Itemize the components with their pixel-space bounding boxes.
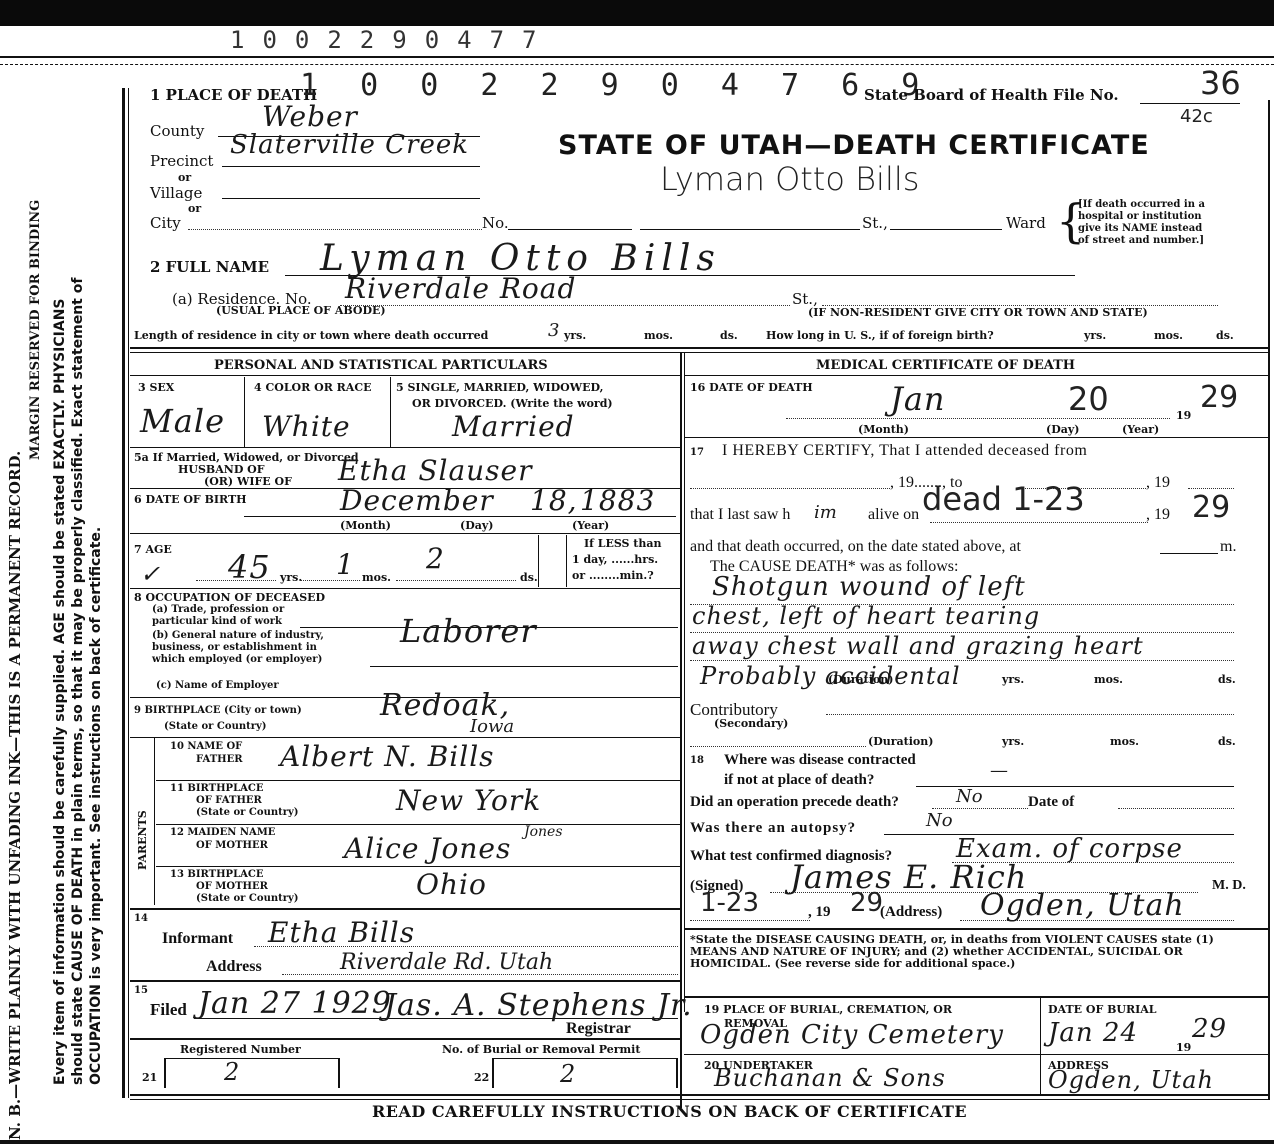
length-mos-label: mos. [644, 330, 673, 341]
disease-value: — [990, 760, 1008, 781]
less-than-label-3: or ........min.? [572, 570, 654, 581]
county-label: County [150, 122, 204, 140]
certificate-title: STATE OF UTAH—DEATH CERTIFICATE [558, 130, 1150, 161]
disease-q1: Where was disease contracted [724, 752, 916, 769]
informant-value: Etha Bills [268, 916, 415, 949]
registered-number-num: 21 [142, 1072, 157, 1083]
alive-on-label: alive on [868, 506, 919, 524]
burial-permit-value: 2 [560, 1060, 576, 1088]
length-yrs-value: 3 [548, 320, 559, 341]
dod-month-caption: (Month) [858, 424, 909, 435]
dob-label: 6 DATE OF BIRTH [134, 494, 247, 505]
length-yrs-label: yrs. [564, 330, 586, 341]
occ-b-label-3: which employed (or employer) [152, 655, 322, 665]
rule-15 [130, 980, 680, 982]
burial-year-prefix: 19 [1176, 1042, 1191, 1053]
residence-line [340, 305, 790, 306]
disease-num: 18 [690, 756, 704, 766]
us-mos-label: mos. [1154, 330, 1183, 341]
mother-bp-label-1: 13 BIRTHPLACE [170, 870, 263, 880]
city-label: City [150, 214, 181, 232]
typed-name-annotation: Lyman Otto Bills [660, 160, 919, 198]
or-label-2: or [188, 203, 201, 214]
disease-q2: if not at place of death? [724, 772, 874, 789]
no-line [508, 229, 632, 230]
race-divider [390, 377, 391, 447]
scan-top-band [0, 0, 1274, 26]
scan-bottom-edge [0, 1140, 1274, 1144]
hospital-note-line: give its NAME instead [1078, 224, 1205, 234]
burial-place-label-1: 19 PLACE OF BURIAL, CREMATION, OR [704, 1004, 952, 1015]
residence-value: Riverdale Road [345, 272, 576, 305]
burial-place-value: Ogden City Cemetery [700, 1020, 1004, 1050]
occurred-time-line [1160, 553, 1218, 554]
bottom-rule [130, 1094, 1268, 1096]
registered-number-value: 2 [224, 1058, 240, 1086]
county-value: Weber [262, 100, 358, 133]
us-yrs-label: yrs. [1084, 330, 1106, 341]
less-than-divider [538, 535, 539, 587]
rule-13 [156, 866, 680, 867]
length-ds-label: ds. [720, 330, 738, 341]
cause-rule-3 [690, 660, 1234, 661]
burial-date-value: Jan 24 [1048, 1018, 1138, 1048]
top-rule-dashed [0, 64, 1274, 65]
dob-month-caption: (Month) [340, 520, 391, 531]
personal-section-title: PERSONAL AND STATISTICAL PARTICULARS [214, 358, 548, 373]
no-label: No. [482, 214, 509, 232]
less-than-divider-2 [566, 535, 567, 587]
mother-name-value: Alice Jones [344, 832, 511, 865]
dob-month: December [340, 484, 494, 517]
precinct-label: Precinct [150, 152, 213, 170]
rule-17 [684, 437, 1268, 438]
cause-duration-label: (Duration) [828, 674, 893, 685]
father-bp-label-1: 11 BIRTHPLACE [170, 784, 263, 794]
margin-line3: should state CAUSE OF DEATH in plain ter… [70, 278, 86, 1085]
footer-instructions: READ CAREFULLY INSTRUCTIONS ON BACK OF C… [372, 1102, 967, 1121]
operation-date-line [1118, 808, 1234, 809]
dod-label: 16 DATE OF DEATH [690, 382, 813, 393]
secondary-duration-label: (Duration) [868, 736, 933, 747]
autopsy-value: No [926, 810, 953, 831]
last-saw-year-prefix: , 19 [1146, 506, 1170, 524]
cause-duration-ds: ds. [1218, 674, 1236, 685]
occupation-value: Laborer [400, 612, 537, 650]
last-saw-pronoun: im [814, 502, 837, 523]
burial-divider [1040, 998, 1041, 1094]
dod-month: Jan [890, 380, 946, 418]
less-than-label-1: If LESS than [584, 538, 662, 549]
spouse-label-1: 5a If Married, Widowed, or Divorced [134, 452, 359, 463]
dod-year-caption: (Year) [1122, 424, 1159, 435]
cause-duration-yrs: yrs. [1002, 674, 1024, 685]
operation-value: No [956, 786, 983, 807]
dob-line [244, 516, 676, 517]
contributory-line [826, 714, 1234, 715]
footnote-text: *State the DISEASE CAUSING DEATH, or, in… [690, 934, 1234, 970]
age-ds-label: ds. [520, 572, 538, 583]
race-label: 4 COLOR OR RACE [254, 382, 371, 393]
signed-year-prefix: , 19 [808, 904, 831, 921]
mother-bp-label-2: OF MOTHER [196, 882, 268, 892]
parents-side-label: PARENTS [136, 810, 149, 870]
spouse-label-3: (OR) WIFE OF [204, 476, 292, 487]
informant-address-value: Riverdale Rd. Utah [340, 950, 553, 975]
dob-year-caption: (Year) [572, 520, 609, 531]
filed-label: Filed [150, 1000, 187, 1020]
street-line [640, 229, 860, 230]
filed-num: 15 [134, 986, 148, 996]
occ-b-label-2: business, or establishment in [152, 643, 317, 653]
precinct-value: Slaterville Creek [230, 130, 469, 160]
undertaker-value: Buchanan & Sons [714, 1064, 946, 1092]
operation-line [932, 808, 1028, 809]
age-yrs-line [196, 580, 276, 581]
file-no-label: State Board of Health File No. [864, 86, 1119, 104]
age-mos-line [300, 580, 360, 581]
sex-label: 3 SEX [138, 382, 174, 393]
certify-text: I HEREBY CERTIFY, That I attended deceas… [722, 442, 1087, 460]
mother-name-label-2: OF MOTHER [196, 841, 268, 851]
ward-label: Ward [1006, 214, 1046, 232]
to-year-text: , 19 [1146, 474, 1170, 492]
file-no-line [1140, 103, 1240, 104]
or-label-1: or [178, 172, 191, 183]
father-name-label-1: 10 NAME OF [170, 742, 242, 752]
file-no-annotation: 42c [1180, 106, 1213, 127]
secondary-duration-ds: ds. [1218, 736, 1236, 747]
marital-value: Married [452, 410, 575, 443]
city-line [188, 229, 482, 230]
full-name-label: 2 FULL NAME [150, 258, 269, 276]
spouse-label-2: HUSBAND OF [178, 464, 265, 475]
age-yrs-label: yrs. [280, 572, 302, 583]
age-ds-value: 2 [426, 542, 445, 575]
last-saw-label: that I last saw h [690, 506, 790, 524]
from-date-line [690, 488, 890, 489]
hospital-note-line: [If death occurred in a [1078, 200, 1205, 210]
marital-label-2: OR DIVORCED. (Write the word) [412, 398, 613, 409]
registrar-signature: Jas. A. Stephens Jr. [384, 988, 693, 1023]
margin-line2: Every item of information should be care… [52, 299, 68, 1086]
margin-line4: OCCUPATION is very important. See instru… [88, 527, 104, 1085]
dob-day-caption: (Day) [460, 520, 493, 531]
secondary-label: (Secondary) [714, 718, 788, 729]
physician-address-value: Ogden, Utah [980, 888, 1185, 923]
father-bp-value: New York [396, 784, 541, 817]
last-saw-year: 29 [1192, 490, 1230, 525]
form-left-border [122, 88, 125, 1098]
ward-line [890, 229, 1002, 230]
dob-day: 18, [530, 484, 578, 517]
age-mos-value: 1 [336, 548, 355, 581]
rule-19 [684, 996, 1268, 998]
personal-title-rule [130, 375, 680, 376]
stamp-serial-number: 1 0 0 2 2 9 0 4 7 6 9 [300, 68, 931, 103]
medical-title-rule [684, 375, 1268, 376]
rule-10 [130, 737, 680, 738]
section-rule-top [130, 347, 1268, 349]
occ-a-label-2: particular kind of work [152, 617, 282, 627]
st-label: St., [862, 214, 888, 232]
cause-line-3: away chest wall and grazing heart [692, 632, 1144, 660]
birthplace-state-value: Iowa [470, 716, 514, 737]
secondary-line [690, 746, 866, 747]
father-name-label-2: FATHER [196, 755, 243, 765]
burial-date-label: DATE OF BURIAL [1048, 1004, 1157, 1015]
burial-permit-box [492, 1058, 678, 1088]
rule-14 [130, 908, 680, 910]
registered-number-box [164, 1058, 340, 1088]
burial-year-value: 29 [1192, 1014, 1227, 1044]
us-length-label: How long in U. S., if of foreign birth? [766, 330, 994, 341]
rule-8 [130, 588, 680, 589]
undertaker-address-value: Ogden, Utah [1048, 1066, 1214, 1094]
medical-section-title: MEDICAL CERTIFICATE OF DEATH [816, 358, 1075, 373]
informant-label: Informant [162, 930, 233, 948]
cause-line-1: Shotgun wound of left [712, 572, 1026, 602]
file-no-value: 36 [1200, 64, 1241, 102]
dod-day: 20 [1068, 380, 1109, 418]
signed-date: 1-23 [700, 888, 759, 918]
top-serial-number: 1002290477 [230, 26, 555, 54]
cause-duration-mos: mos. [1094, 674, 1123, 685]
autopsy-q: Was there an autopsy? [690, 820, 856, 837]
rule-7 [130, 533, 680, 534]
birthplace-sub-label: (State or Country) [164, 722, 267, 732]
operation-q: Did an operation precede death? [690, 794, 899, 811]
secondary-duration-mos: mos. [1110, 736, 1139, 747]
rule-5a [130, 447, 680, 448]
parents-divider [154, 737, 155, 905]
rule-12 [156, 824, 680, 825]
occ-b-line [370, 666, 678, 667]
dod-line [786, 418, 1170, 419]
margin-binding-text: MARGIN RESERVED FOR BINDING [28, 200, 43, 460]
top-rule [0, 56, 1274, 58]
operation-date-label: Date of [1028, 794, 1074, 811]
age-ds-line [396, 580, 516, 581]
dod-year-prefix: 19 [1176, 410, 1191, 421]
dod-day-caption: (Day) [1046, 424, 1079, 435]
mother-bp-label-3: (State or Country) [196, 894, 299, 904]
marital-label-1: 5 SINGLE, MARRIED, WIDOWED, [396, 382, 603, 393]
column-divider-inner [684, 352, 685, 1012]
occupation-title: 8 OCCUPATION OF DECEASED [134, 592, 325, 603]
spouse-value: Etha Slauser [338, 454, 533, 487]
age-label: 7 AGE [134, 544, 172, 555]
informant-num: 14 [134, 914, 148, 924]
margin-nb-text: N. B.—WRITE PLAINLY WITH UNFADING INK—TH… [6, 451, 24, 1140]
father-bp-label-2: OF FATHER [196, 796, 262, 806]
section-rule-top-2 [130, 352, 1268, 353]
signed-year: 29 [850, 888, 883, 918]
signed-date-line [690, 920, 810, 921]
precinct-line [222, 166, 480, 167]
rule-20 [684, 1054, 1268, 1055]
hospital-note-line: of street and number.] [1078, 236, 1205, 246]
father-bp-label-3: (State or Country) [196, 808, 299, 818]
filed-value: Jan 27 1929 [198, 986, 392, 1021]
burial-permit-num: 22 [474, 1072, 489, 1083]
occurred-m: m. [1220, 538, 1236, 556]
certify-num: 17 [690, 448, 704, 458]
occ-c-label: (c) Name of Employer [156, 681, 279, 691]
informant-address-label: Address [206, 958, 262, 976]
bottom-rule-2 [130, 1099, 1268, 1100]
age-check: ✓ [140, 560, 161, 588]
occ-b-label-1: (b) General nature of industry, [152, 631, 324, 641]
rule-11 [156, 780, 680, 781]
last-saw-value: dead 1-23 [922, 480, 1085, 518]
mother-name-annotation: Jones [524, 824, 563, 840]
non-resident-note: (IF NON-RESIDENT GIVE CITY OR TOWN AND S… [808, 307, 1148, 318]
usual-abode-label: (USUAL PLACE OF ABODE) [216, 305, 386, 316]
age-mos-label: mos. [362, 572, 391, 583]
mother-bp-value: Ohio [416, 868, 487, 901]
length-residence-label: Length of residence in city or town wher… [134, 330, 488, 341]
occurred-text: and that death occurred, on the date sta… [690, 538, 1021, 556]
rule-21 [130, 1038, 680, 1040]
md-label: M. D. [1212, 878, 1246, 894]
hospital-note: [If death occurred in a hospital or inst… [1078, 200, 1205, 246]
father-name-value: Albert N. Bills [280, 740, 495, 773]
rule-footnote [684, 928, 1268, 930]
margin-nb-line: N. B.—WRITE PLAINLY WITH UNFADING INK—TH… [6, 451, 24, 1140]
last-saw-line [930, 522, 1148, 523]
race-value: White [262, 410, 351, 443]
less-than-label-2: 1 day, ......hrs. [572, 554, 658, 565]
margin-binding-line: MARGIN RESERVED FOR BINDING [28, 200, 43, 1080]
registered-number-label: Registered Number [180, 1044, 301, 1055]
dod-year: 29 [1200, 380, 1238, 415]
mother-name-label-1: 12 MAIDEN NAME [170, 828, 275, 838]
sex-value: Male [140, 402, 225, 440]
physician-address-label: (Address) [880, 904, 942, 921]
occ-a-label-1: (a) Trade, profession or [152, 605, 284, 615]
form-right-border [1268, 100, 1270, 1100]
secondary-duration-yrs: yrs. [1002, 736, 1024, 747]
hospital-note-line: hospital or institution [1078, 212, 1205, 222]
village-label: Village [150, 184, 202, 202]
cause-line-2: chest, left of heart tearing [692, 602, 1040, 630]
village-line [222, 198, 480, 199]
burial-permit-label: No. of Burial or Removal Permit [442, 1044, 640, 1055]
form-left-border-inner [128, 88, 129, 1098]
registrar-label: Registrar [566, 1020, 631, 1038]
birthplace-label: 9 BIRTHPLACE (City or town) [134, 706, 302, 716]
sex-divider [244, 377, 245, 447]
us-ds-label: ds. [1216, 330, 1234, 341]
dob-year: 1883 [580, 484, 655, 517]
to-year-line [1188, 488, 1234, 489]
